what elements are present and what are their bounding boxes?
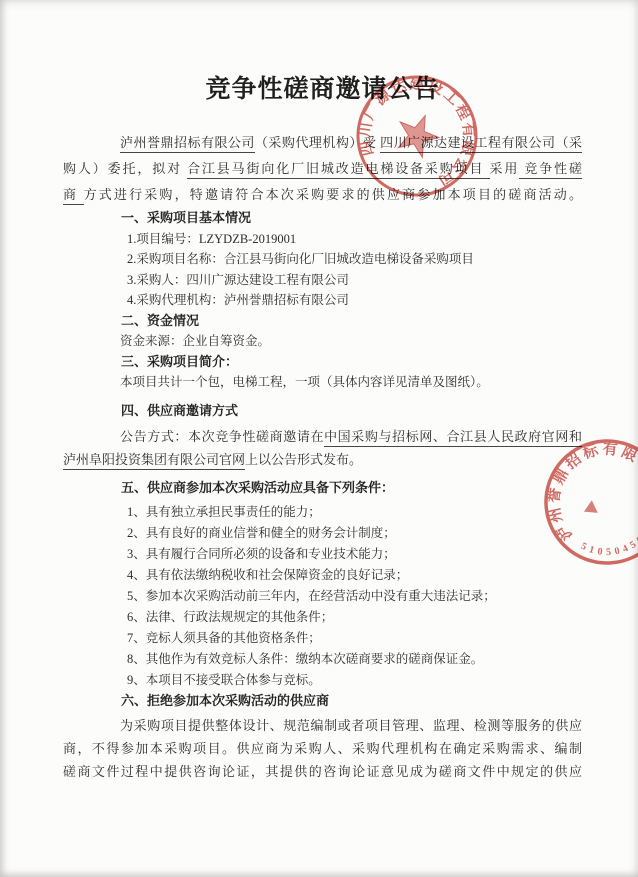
intro-text: 购人）委托，拟对 (63, 161, 187, 176)
section-3-heading: 三、采购项目简介： (63, 352, 582, 373)
announcement-document: 竞争性磋商邀请公告 泸州誉鼎招标有限公司（采购代理机构）受 四川广源达建设工程有… (63, 74, 582, 783)
buyer-item: 3.采购人：四川广源达建设工程有限公司 (63, 270, 582, 291)
funding-source-text: 资金来源：企业自筹资金。 (63, 331, 582, 352)
condition-item-5: 5、参加本次采购活动前三年内，在经营活动中没有重大违法记录； (63, 586, 582, 607)
condition-item-3: 3、具有履行合同所必须的设备和专业技术能力； (63, 544, 582, 565)
rejection-line-2: 商，不得参加本采购项目。供应商为采购人、采购代理机构在确定采购需求、编制 (63, 737, 582, 760)
seal-serial-number: 5105045065 (576, 509, 638, 572)
intro-line-3: 商 方式进行采购，特邀请符合本次采购要求的供应商参加本项目的磋商活动。 (63, 182, 582, 208)
rejection-line-1: 为采购项目提供整体设计、规范编制或者项目管理、监理、检测等服务的供应 (63, 714, 582, 737)
svg-text:5105045065: 5105045065 (576, 509, 638, 572)
section-2-heading: 二、资金情况 (63, 311, 582, 332)
method-name-underlined: 竞争性磋 (519, 161, 582, 179)
project-number-item: 1.项目编号：LZYDZB-2019001 (63, 229, 582, 250)
intro-text: （采购代理机构）受 (255, 135, 380, 150)
star-icon (581, 500, 598, 518)
scanned-document-page: 竞争性磋商邀请公告 泸州誉鼎招标有限公司（采购代理机构）受 四川广源达建设工程有… (0, 0, 638, 877)
method-name-underlined: 商 (63, 187, 84, 205)
condition-item-1: 1、具有独立承担民事责任的能力； (63, 502, 582, 523)
announcement-line-2: 泸州阜阳投资集团有限公司官网上以公告形式发布。 (63, 448, 582, 471)
project-name-underlined: 合江县马街向化厂旧城改造电梯设备采购项目 (187, 161, 489, 179)
section-4-heading: 四、供应商邀请方式 (63, 401, 582, 422)
announcement-text: 公告方式：本次竞争性磋商邀请在 (120, 429, 324, 444)
condition-item-9: 9、本项目不接受联合体参与竞标。 (63, 670, 582, 691)
buyer-name-underlined: 四川广源达建设工程有限公司（采 (380, 135, 582, 153)
supplier-conditions-list: 1、具有独立承担民事责任的能力； 2、具有良好的商业信誉和健全的财务会计制度； … (63, 502, 582, 691)
condition-item-2: 2、具有良好的商业信誉和健全的财务会计制度； (63, 523, 582, 544)
project-brief-text: 本项目共计一个包，电梯工程，一项（具体内容详见清单及图纸）。 (63, 372, 582, 393)
intro-line-2: 购人）委托，拟对 合江县马街向化厂旧城改造电梯设备采购项目 采用 竞争性磋 (63, 156, 582, 182)
section-6-heading: 六、拒绝参加本次采购活动的供应商 (63, 691, 582, 712)
condition-item-6: 6、法律、行政法规规定的其他条件； (63, 607, 582, 628)
announcement-line-1: 公告方式：本次竞争性磋商邀请在中国采购与招标网、合江县人民政府官网和 (63, 425, 582, 448)
intro-text: 方式进行采购，特邀请符合本次采购要求的供应商参加本项目的磋商活动。 (84, 187, 582, 202)
page-title: 竞争性磋商邀请公告 (63, 74, 582, 106)
condition-item-4: 4、具有依法缴纳税收和社会保障资金的良好记录； (63, 565, 582, 586)
announcement-method-paragraph: 公告方式：本次竞争性磋商邀请在中国采购与招标网、合江县人民政府官网和 泸州阜阳投… (63, 425, 582, 471)
agency-item: 4.采购代理机构：泸州誉鼎招标有限公司 (63, 290, 582, 311)
condition-item-7: 7、竞标人须具备的其他资格条件； (63, 628, 582, 649)
condition-item-8: 8、其他作为有效竞标人条件：缴纳本次磋商要求的磋商保证金。 (63, 649, 582, 670)
intro-text: 采用 (490, 161, 520, 176)
intro-line-1: 泸州誉鼎招标有限公司（采购代理机构）受 四川广源达建设工程有限公司（采 (63, 130, 582, 156)
intro-paragraph: 泸州誉鼎招标有限公司（采购代理机构）受 四川广源达建设工程有限公司（采 购人）委… (63, 130, 582, 208)
project-name-item: 2.采购项目名称：合江县马街向化厂旧城改造电梯设备采购项目 (63, 249, 582, 270)
agency-name-underlined: 泸州誉鼎招标有限公司 (120, 135, 255, 153)
announcement-text: 上以公告形式发布。 (245, 452, 362, 467)
rejection-paragraph: 为采购项目提供整体设计、规范编制或者项目管理、监理、检测等服务的供应 商，不得参… (63, 714, 582, 783)
media-names-underlined: 中国采购与招标网、合江县人民政府官网和 (324, 429, 582, 447)
media-names-underlined: 泸州阜阳投资集团有限公司官网 (63, 452, 245, 470)
section-1-heading: 一、采购项目基本情况 (63, 208, 582, 229)
rejection-line-3: 磋商文件过程中提供咨询论证，其提供的咨询论证意见成为磋商文件中规定的供应 (63, 760, 582, 783)
section-5-heading: 五、供应商参加本次采购活动应具备下列条件： (63, 478, 582, 499)
